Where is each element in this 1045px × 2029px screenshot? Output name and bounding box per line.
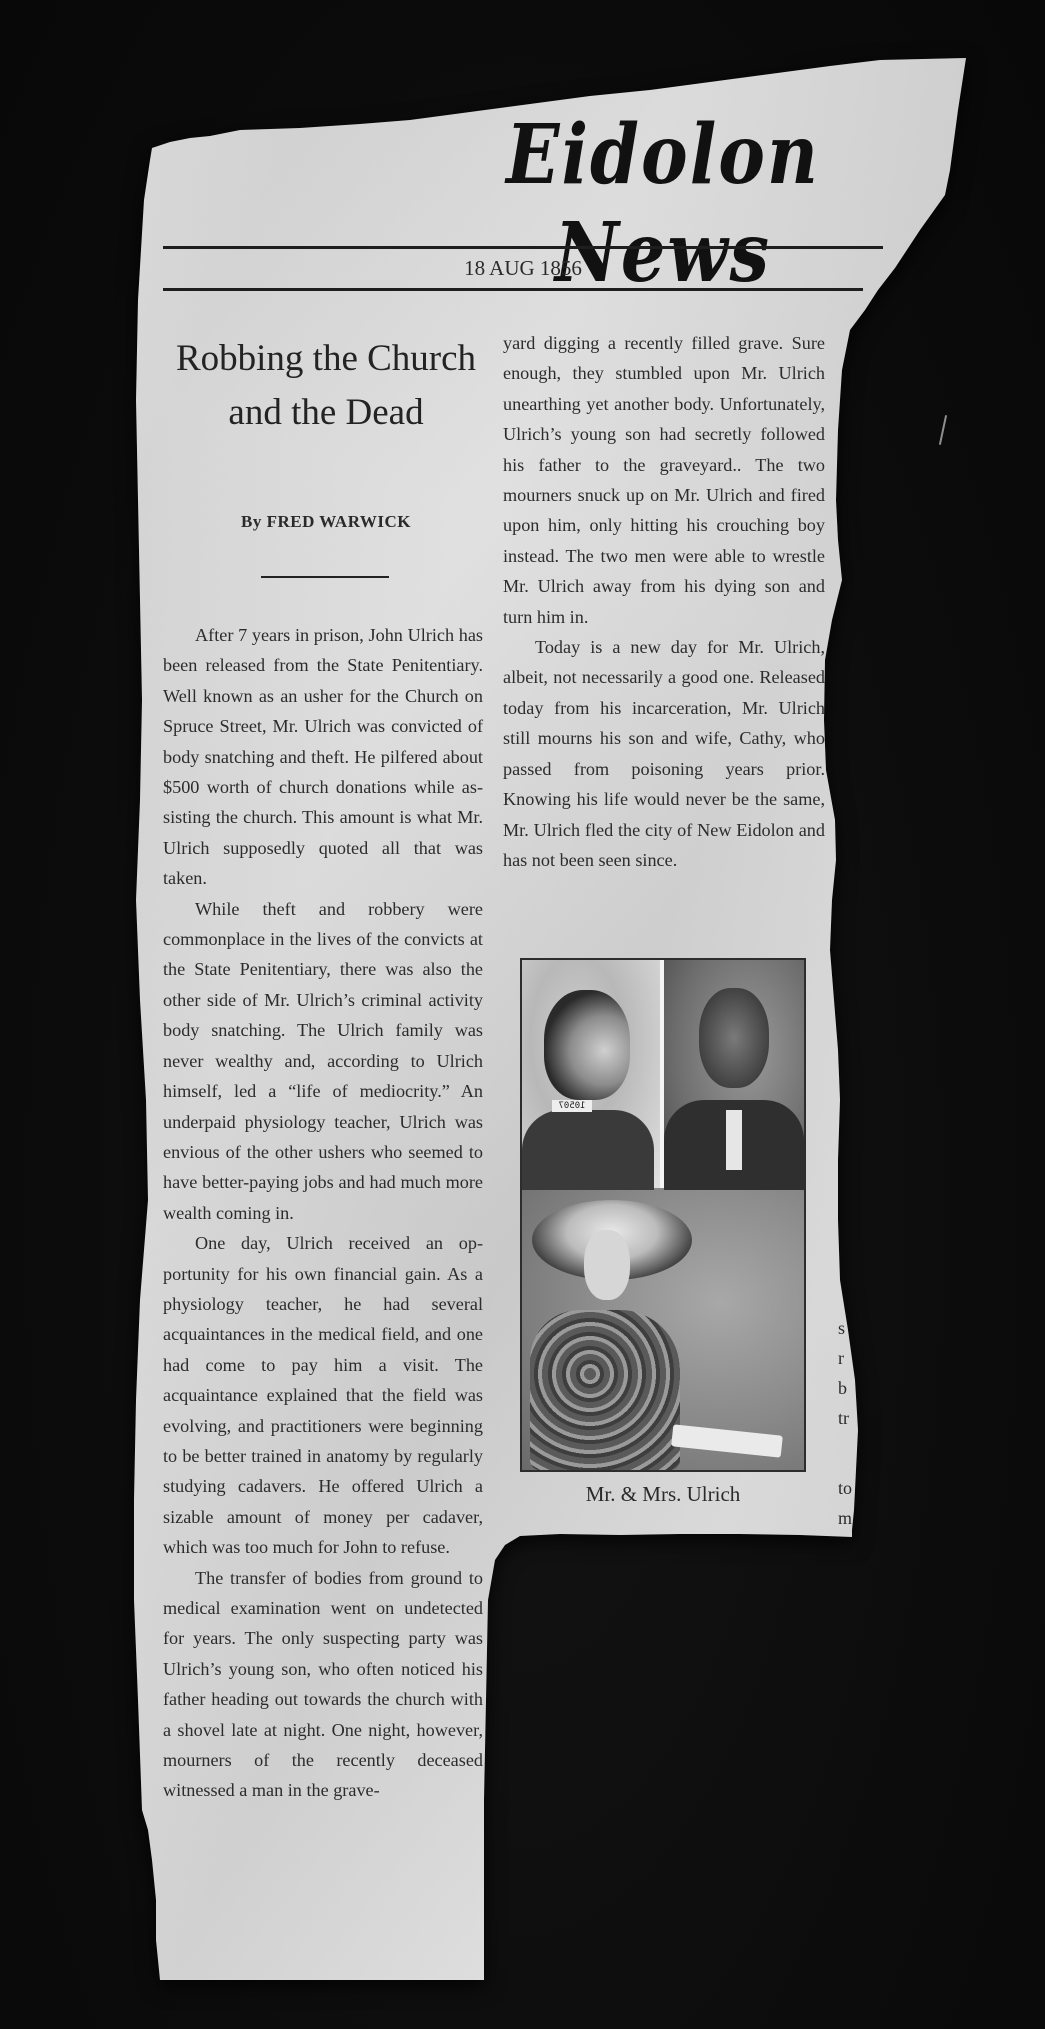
torn-text-fragment: m (838, 1508, 852, 1529)
masthead-rule-top (163, 246, 883, 249)
paragraph: While theft and robbery were commonplace… (163, 894, 483, 1228)
newspaper-clipping: Eidolon News 18 AUG 1856 Robbing the Chu… (0, 0, 1045, 2029)
dateline: 18 AUG 1856 (163, 256, 883, 281)
paragraph: After 7 years in prison, John Ul­rich ha… (163, 620, 483, 894)
byline-divider (261, 576, 389, 578)
article-column-right: yard digging a recently filled grave. Su… (503, 328, 825, 875)
ulrich-photo: 10507 (520, 958, 806, 1472)
masthead: Eidolon News 18 AUG 1856 (0, 0, 1045, 300)
paragraph: Today is a new day for Mr. Ul­rich, albe… (503, 632, 825, 875)
paragraph: The transfer of bodies from ground to me… (163, 1563, 483, 1806)
mrs-ulrich-portrait-image (522, 1190, 804, 1470)
torn-text-fragment: b (838, 1378, 847, 1399)
torn-text-fragment: r (838, 1348, 844, 1369)
mugshot-profile-image: 10507 (522, 960, 660, 1188)
paper-clipping-shadow: Eidolon News 18 AUG 1856 Robbing the Chu… (0, 0, 1045, 2029)
torn-text-fragment: tr (838, 1408, 849, 1429)
article-headline: Robbing the Church and the Dead (170, 332, 482, 440)
article-byline: By FRED WARWICK (170, 512, 482, 532)
torn-text-fragment: s (838, 1318, 845, 1339)
mugshot-front-image (664, 960, 804, 1188)
paragraph: One day, Ulrich received an op­portunity… (163, 1228, 483, 1562)
article-column-left: After 7 years in prison, John Ul­rich ha… (163, 620, 483, 1806)
torn-text-fragment: to (838, 1478, 852, 1499)
inmate-number-tag: 10507 (552, 1100, 592, 1112)
masthead-rule-bottom (163, 288, 863, 291)
paragraph: yard digging a recently filled grave. Su… (503, 328, 825, 632)
photo-caption: Mr. & Mrs. Ulrich (520, 1482, 806, 1507)
